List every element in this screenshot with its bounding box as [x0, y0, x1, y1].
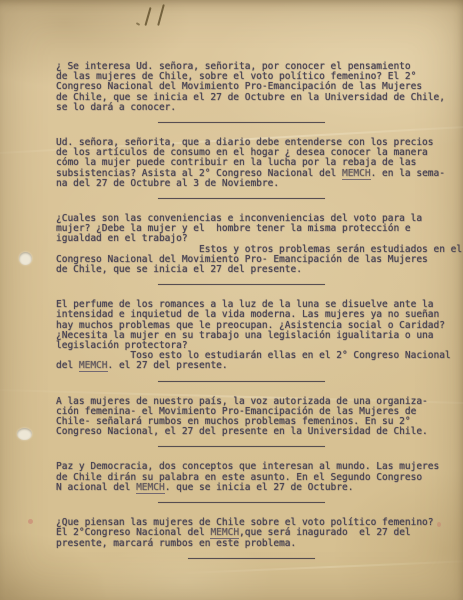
typed-divider-line	[158, 381, 325, 382]
typed-divider-line	[158, 122, 325, 123]
paragraph-line: na del 27 de Octubre al 3 de Noviembre.	[56, 179, 453, 189]
paragraph-line: N acional del MEMCH. que se inicia el 27…	[56, 483, 453, 493]
document-body: ¿ Se interesa Ud. señora, señorita, por …	[0, 0, 463, 574]
memch-acronym: MEMCH	[342, 168, 371, 180]
typed-divider-line	[158, 284, 325, 285]
paragraph: Ud. señora, señorita, que a diario debe …	[56, 138, 453, 189]
paragraph: ¿Cuales son las conveniencias e inconven…	[56, 214, 453, 275]
typed-divider-line	[158, 502, 325, 503]
paragraph-line: Congreso Nacional, el 27 del presente en…	[56, 427, 453, 437]
paragraph-line: presente, marcará rumbos en este problem…	[56, 539, 453, 549]
paragraph-line: del MEMCH. el 27 del presente.	[56, 361, 453, 371]
typed-divider-line	[158, 198, 325, 199]
memch-acronym: MEMCH	[136, 482, 165, 494]
memch-acronym: MEMCH	[210, 527, 239, 539]
paragraph: ¿ Se interesa Ud. señora, señorita, por …	[56, 62, 453, 113]
paragraph: El perfume de los romances a la luz de l…	[56, 300, 453, 371]
paragraph-line: se lo dará a conocer.	[56, 103, 453, 113]
typed-divider-line	[188, 558, 315, 559]
typed-divider-line	[158, 446, 325, 447]
paragraph: A las mujeres de nuestro país, la voz au…	[56, 397, 453, 438]
paragraph: Paz y Democracia, dos conceptos que inte…	[56, 462, 453, 493]
scanned-paper-page: ¿ Se interesa Ud. señora, señorita, por …	[0, 0, 463, 600]
paragraph-line: de Chile, que se inicia el 27 del presen…	[56, 265, 453, 275]
paragraph: ¿Que piensan las mujeres de Chile sobre …	[56, 518, 453, 549]
memch-acronym: MEMCH	[79, 360, 108, 372]
